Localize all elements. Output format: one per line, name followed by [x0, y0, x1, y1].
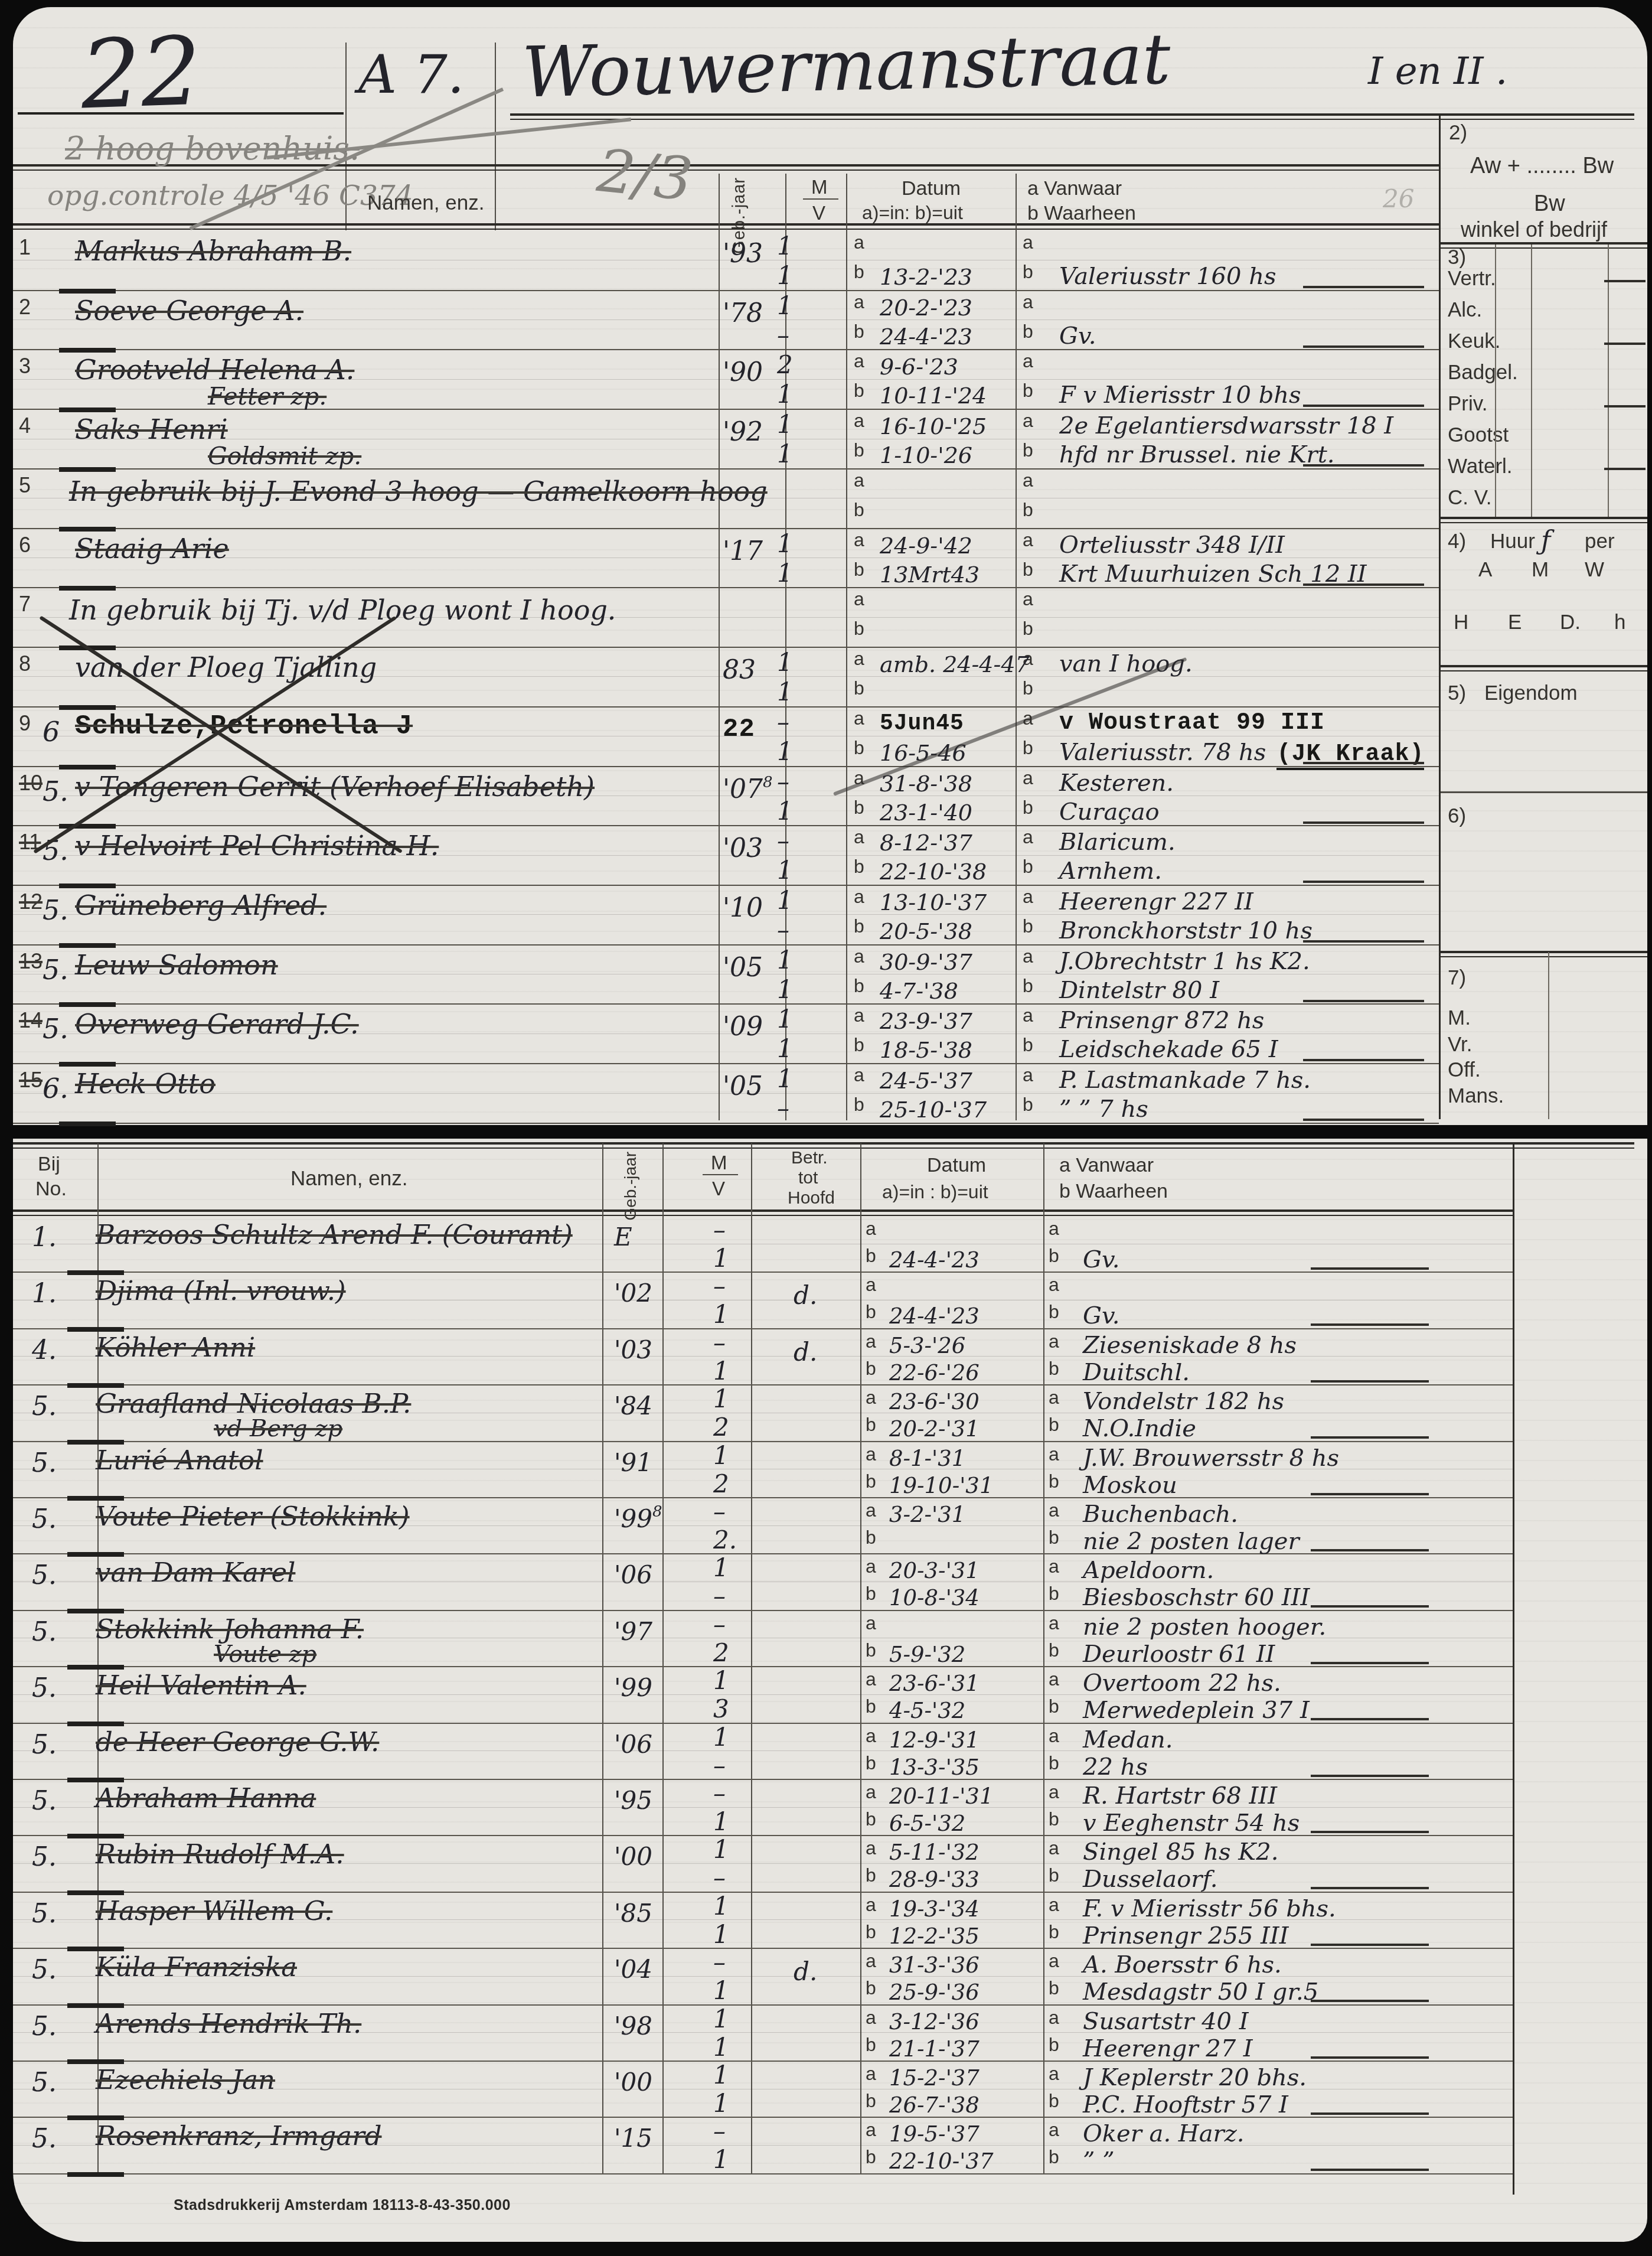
sex-v: 2 — [713, 1413, 729, 1442]
date-in: 5-11-'32 — [889, 1840, 980, 1865]
date-in: 9-6-'23 — [880, 354, 958, 380]
printed-b-datum: b — [854, 618, 864, 640]
printed-b-datum: b — [854, 975, 864, 997]
register-row: 5.ababRubin Rudolf M.A.'001–5-11-'3228-9… — [13, 1835, 1513, 1892]
waarheen: Merwedeplein 37 I — [1083, 1697, 1310, 1724]
birth-year: E — [614, 1222, 632, 1251]
printed-a-datum: a — [866, 1894, 876, 1916]
printed-a-vanwaar: a — [1023, 588, 1033, 610]
b-col-header-namen: Namen, enz. — [290, 1167, 407, 1191]
birth-year: '17 — [723, 536, 763, 566]
sex-m: 1 — [713, 1441, 729, 1470]
mv-divider — [803, 198, 838, 200]
entry-underline-dash — [1303, 881, 1424, 883]
printed-a-datum: a — [854, 529, 864, 551]
sex-m: 1 — [713, 1384, 729, 1413]
birth-year: '98 — [614, 2012, 652, 2040]
sex-v: 1 — [713, 1807, 729, 1836]
register-row: 4.ababKöhler Anni'03–1d.5-3-'2622-6-'26Z… — [13, 1328, 1513, 1385]
row-number: 12 — [19, 889, 43, 914]
b-col-header-vanwaar: a Vanwaar — [1059, 1154, 1154, 1177]
printed-a-datum: a — [866, 2119, 876, 2141]
printed-a-vanwaar: a — [1049, 2119, 1059, 2141]
printed-b-waarheen: b — [1023, 1094, 1033, 1116]
sex-v: – — [777, 915, 789, 944]
sex-m: – — [713, 1779, 726, 1808]
entry-underline-dash — [1311, 2056, 1429, 2059]
register-row: 3ababGrootveld Helena A.Fetter zp.'90219… — [13, 349, 1439, 410]
box3-col-1 — [1495, 244, 1496, 517]
col-header-datum: Datum — [902, 177, 961, 200]
date-in: 8-1-'31 — [889, 1446, 965, 1471]
entry-underline-dash — [1303, 1000, 1424, 1002]
header-rule-2 — [13, 223, 1439, 230]
sex-v: – — [713, 1863, 726, 1892]
box4-M: M — [1532, 558, 1549, 582]
b-col-header-betr1: Betr. — [791, 1148, 828, 1168]
birth-year: '998 — [614, 1504, 662, 1533]
date-out: 4-5-'32 — [889, 1698, 965, 1723]
sex-m: 1 — [777, 410, 793, 439]
box4-number: 4) — [1448, 530, 1466, 553]
row-renumber: 5. — [43, 954, 68, 986]
birth-year: 22 — [723, 715, 755, 744]
waarheen: Biesboschstr 60 III — [1083, 1584, 1310, 1611]
printed-a-vanwaar: a — [1023, 350, 1033, 372]
printed-a-vanwaar: a — [1049, 1274, 1059, 1296]
b-col-header-no: No. — [35, 1178, 67, 1201]
date-in: 23-9-'37 — [880, 1008, 972, 1034]
entry-underline-dash — [1311, 1380, 1429, 1383]
resident-name: Rubin Rudolf M.A. — [96, 1838, 344, 1870]
birth-year: '91 — [614, 1448, 652, 1477]
resident-name: Küla Franziska — [96, 1951, 297, 1983]
sex-m: 1 — [713, 1666, 729, 1695]
date-in: 3-12-'36 — [889, 2009, 980, 2035]
sex-v: 1 — [713, 1920, 729, 1949]
printed-b-waarheen: b — [1023, 797, 1033, 819]
sex-v: 3 — [713, 1694, 729, 1723]
pencil-note-dwelling: 2 hoog bovenhuis. — [65, 130, 360, 167]
header-divider-right — [495, 43, 496, 230]
printed-b-datum: b — [866, 1864, 876, 1886]
row-number: 5 — [19, 473, 31, 498]
register-row: 105.ababv Tongeren Gerrit (Verhoef Elisa… — [13, 766, 1439, 827]
printed-a-datum: a — [866, 2063, 876, 2085]
box4-H: H — [1454, 611, 1468, 634]
date-out: 19-10-'31 — [889, 1473, 993, 1498]
date-out: 25-9-'36 — [889, 1980, 980, 2005]
resident-name: Overweg Gerard J.C. — [75, 1008, 359, 1040]
sex-v: 1 — [777, 380, 793, 409]
box5-number: 5) — [1448, 682, 1466, 705]
printed-a-vanwaar: a — [1049, 1894, 1059, 1916]
bij-no: 4. — [32, 1335, 57, 1365]
printed-a-datum: a — [854, 588, 864, 610]
sex-m: 1 — [777, 648, 793, 677]
resident-name-line2: Fetter zp. — [208, 382, 327, 410]
bij-no: 5. — [32, 1617, 57, 1647]
sex-m: 1 — [777, 529, 793, 558]
birth-year: '09 — [723, 1012, 763, 1042]
register-row: 5.ababvan Dam Karel'061–20-3-'3110-8-'34… — [13, 1553, 1513, 1611]
printed-a-datum: a — [854, 232, 864, 253]
resident-name-line2: vd Berg zp — [214, 1415, 342, 1442]
entry-underline-dash — [1311, 1831, 1429, 1833]
vanwaar: Heerengr 227 II — [1059, 888, 1253, 915]
entry-underline-dash — [1311, 1718, 1429, 1720]
register-row: 5.ababde Heer George G.W.'061–12-9-'3113… — [13, 1723, 1513, 1780]
sex-v: 2. — [713, 1525, 737, 1554]
printed-a-datum: a — [854, 886, 864, 908]
printed-a-vanwaar: a — [1049, 2007, 1059, 2029]
date-in: amb. 24-4-47 — [880, 651, 1030, 677]
sex-v: 1 — [713, 1357, 729, 1385]
date-in: 8-12-'37 — [880, 830, 972, 856]
row-number: 10 — [19, 771, 43, 796]
resident-name: Heil Valentin A. — [96, 1670, 306, 1701]
bij-no: 1. — [32, 1222, 57, 1253]
resident-name: Leuw Salomon — [75, 949, 278, 981]
unit-code: A 7. — [358, 44, 464, 106]
date-in: 13-10-'37 — [880, 889, 987, 915]
sex-v: 1 — [713, 1244, 729, 1273]
waarheen: P.C. Hooftstr 57 I — [1083, 2091, 1288, 2118]
date-out: 10-8-'34 — [889, 1585, 980, 1611]
box4-D: D. — [1560, 611, 1581, 634]
vanwaar: Overtoom 22 hs. — [1083, 1670, 1281, 1697]
printed-b-datum: b — [866, 1301, 876, 1323]
box3-col-2 — [1531, 244, 1532, 517]
printed-b-datum: b — [854, 797, 864, 819]
printed-b-datum: b — [854, 677, 864, 699]
vanwaar: Apeldoorn. — [1083, 1557, 1214, 1584]
sex-m: – — [713, 2117, 726, 2146]
date-out: 20-2-'31 — [889, 1416, 980, 1442]
entry-underline-dash — [1303, 821, 1424, 824]
printed-b-waarheen: b — [1049, 1471, 1059, 1492]
waarheen: Arnhem. — [1059, 858, 1162, 885]
row-number: 14 — [19, 1008, 43, 1033]
sex-m: 1 — [713, 1723, 729, 1752]
col-header-waarheen: b Waarheen — [1027, 202, 1136, 225]
date-in: 24-9-'42 — [880, 533, 972, 559]
date-in: 20-11-'31 — [889, 1784, 993, 1809]
sex-v: – — [713, 1582, 726, 1611]
birth-year: '06 — [614, 1730, 652, 1759]
box2-number: 2) — [1449, 121, 1467, 145]
sex-m: 1 — [777, 886, 793, 915]
birth-year: '15 — [614, 2124, 652, 2153]
printed-a-datum: a — [866, 1612, 876, 1634]
register-row: 1ababMarkus Abraham B.'931113-2-'23Valer… — [13, 230, 1439, 291]
register-row: 5.ababHeil Valentin A.'991323-6-'314-5-'… — [13, 1666, 1513, 1723]
sex-v: 1 — [777, 261, 793, 290]
pencil-note-controle: opg.controle 4/5 '46 C374 — [47, 180, 413, 212]
date-in: 12-9-'31 — [889, 1727, 980, 1753]
printed-a-datum: a — [866, 1218, 876, 1240]
street-name: Wouwermanstraat — [521, 18, 1171, 113]
printed-a-vanwaar: a — [1023, 410, 1033, 432]
printed-b-waarheen: b — [1049, 1977, 1059, 1999]
printed-a-vanwaar: a — [1049, 1556, 1059, 1577]
printed-a-vanwaar: a — [1049, 2063, 1059, 2085]
printed-a-datum: a — [854, 1005, 864, 1026]
date-out: 18-5-'38 — [880, 1037, 972, 1063]
entry-underline-dash — [1311, 1436, 1429, 1439]
date-in: 15-2-'37 — [889, 2065, 980, 2091]
date-in: 31-3-'36 — [889, 1952, 980, 1978]
printed-b-datum: b — [866, 1977, 876, 1999]
sex-v: 1 — [777, 677, 793, 706]
entry-underline-dash — [1303, 1119, 1424, 1121]
resident-name: Voute Pieter (Stokkink) — [96, 1501, 410, 1532]
printed-b-waarheen: b — [1049, 1527, 1059, 1548]
date-in: 20-3-'31 — [889, 1558, 980, 1583]
waarheen: Duitschl. — [1083, 1359, 1190, 1386]
sex-v: 1 — [777, 737, 793, 766]
sex-v: 2 — [713, 1469, 729, 1498]
resident-name-line2: Goldsmit zp. — [208, 442, 361, 470]
date-in: 16-10-'25 — [880, 413, 987, 439]
box3-item: Badgel. — [1448, 361, 1518, 384]
printed-a-datum: a — [866, 1950, 876, 1972]
entry-underline-dash — [1311, 1887, 1429, 1889]
birth-year: '84 — [614, 1391, 652, 1420]
sex-v: 1 — [713, 1976, 729, 2005]
birth-year: '97 — [614, 1617, 652, 1646]
printed-a-vanwaar: a — [1049, 1950, 1059, 1972]
printed-b-waarheen: b — [1049, 2146, 1059, 2168]
register-row: 4ababSaks HenriGoldsmit zp.'921116-10-'2… — [13, 409, 1439, 470]
box7-number: 7) — [1448, 966, 1466, 990]
date-out: 24-4-'23 — [889, 1247, 980, 1273]
register-row: 6ababStaaig Arie'171124-9-'4213Mrt43Orte… — [13, 528, 1439, 589]
box3-item: C. V. — [1448, 486, 1492, 510]
birth-year: 83 — [723, 655, 756, 685]
printed-b-datum: b — [866, 1639, 876, 1661]
printed-b-datum: b — [854, 1094, 864, 1116]
printed-a-vanwaar: a — [1049, 1387, 1059, 1409]
printed-a-vanwaar: a — [1023, 946, 1033, 967]
col-header-m: M — [811, 176, 828, 198]
printed-a-vanwaar: a — [1049, 1218, 1059, 1240]
note-row: 7ababIn gebruik bij Tj. v/d Ploeg wont I… — [13, 587, 1439, 648]
printed-a-datum: a — [866, 1781, 876, 1803]
sex-m: 1 — [713, 1835, 729, 1864]
resident-name: Rosenkranz, Irmgard — [96, 2120, 382, 2151]
printed-b-datum: b — [854, 261, 864, 283]
resident-name: Heck Otto — [75, 1068, 216, 1100]
printed-b-waarheen: b — [1049, 1921, 1059, 1943]
entry-underline-dash — [1303, 405, 1424, 407]
vanwaar: J.W. Brouwersstr 8 hs — [1083, 1445, 1339, 1472]
printed-b-waarheen: b — [1023, 1034, 1033, 1056]
birth-year: '05 — [723, 953, 763, 983]
vanwaar: F. v Mierisstr 56 bhs. — [1083, 1895, 1336, 1922]
date-in: 19-3-'34 — [889, 1896, 980, 1922]
printed-b-waarheen: b — [1049, 1752, 1059, 1774]
date-in: 5-3-'26 — [889, 1333, 965, 1358]
vanwaar: Orteliusstr 348 I/II — [1059, 532, 1285, 559]
printed-a-vanwaar: a — [1049, 1837, 1059, 1859]
b-line-right — [1513, 1143, 1514, 2195]
birth-year: '05 — [723, 1071, 763, 1101]
date-out: 24-4-'23 — [889, 1303, 980, 1329]
printed-b-waarheen: b — [1023, 261, 1033, 283]
entry-underline-dash — [1303, 583, 1424, 586]
vanwaar: nie 2 posten hooger. — [1083, 1613, 1326, 1641]
entry-underline-dash — [1311, 1323, 1429, 1326]
printed-b-datum: b — [866, 2034, 876, 2056]
date-in: 3-2-'31 — [889, 1502, 965, 1527]
vanwaar: v Woustraat 99 III — [1059, 710, 1325, 736]
birth-year: '92 — [723, 417, 763, 447]
printed-b-waarheen: b — [1049, 2090, 1059, 2112]
betr-tot-hoofd: d. — [794, 1957, 817, 1986]
printed-b-datum: b — [866, 1527, 876, 1548]
card-top: 22 A 7. Wouwermanstraat I en II . 2 hoog… — [13, 7, 1647, 1125]
sex-v: 1 — [713, 1300, 729, 1329]
printed-a-datum: a — [854, 1064, 864, 1086]
waarheen: Mesdagstr 50 I gr.5 — [1083, 1978, 1318, 2006]
printed-b-waarheen: b — [1023, 915, 1033, 937]
printed-b-waarheen: b — [1049, 2034, 1059, 2056]
b-col-header-datum: Datum — [927, 1154, 986, 1177]
birth-year: '95 — [614, 1786, 652, 1815]
printed-a-vanwaar: a — [1023, 232, 1033, 253]
entry-underline-dash — [1311, 1549, 1429, 1551]
date-out: 26-7-'38 — [889, 2092, 980, 2118]
birth-year: '10 — [723, 893, 763, 923]
resident-name: Barzoos Schultz Arend F. (Courant) — [96, 1219, 573, 1250]
printed-a-vanwaar: a — [1049, 1612, 1059, 1634]
printed-b-datum: b — [854, 321, 864, 343]
birth-year-superscript: 8 — [652, 1503, 662, 1521]
printed-b-waarheen: b — [1023, 499, 1033, 521]
box4-W: W — [1585, 558, 1604, 582]
box3-dash-2 — [1604, 343, 1646, 345]
row-number: 7 — [19, 592, 31, 617]
birth-year: '06 — [614, 1560, 652, 1589]
date-out: 28-9-'33 — [889, 1867, 980, 1892]
box4-A: A — [1478, 558, 1492, 582]
register-row: 125.ababGrüneberg Alfred.'101–13-10-'372… — [13, 885, 1439, 946]
bij-no: 5. — [32, 1955, 57, 1985]
b-col-header-waarheen: b Waarheen — [1059, 1180, 1168, 1203]
box3-dash-3 — [1604, 405, 1646, 407]
row-number: 6 — [19, 533, 31, 558]
register-row: 5.ababGraafland Nicolaas B.P.vd Berg zp'… — [13, 1384, 1513, 1442]
printed-b-waarheen: b — [1049, 1864, 1059, 1886]
sex-m: – — [713, 1610, 726, 1639]
bij-no: 5. — [32, 1391, 57, 1422]
entry-underline-dash — [1311, 1775, 1429, 1777]
row-number: 15 — [19, 1068, 43, 1093]
birth-year: '078 — [723, 774, 773, 804]
date-in: 23-6-'31 — [889, 1671, 980, 1696]
sex-m: 1 — [777, 291, 793, 320]
resident-name: Grootveld Helena A. — [75, 354, 354, 386]
printed-a-vanwaar: a — [1049, 1331, 1059, 1352]
bij-no: 5. — [32, 1560, 57, 1590]
date-out: 20-5-'38 — [880, 918, 972, 944]
note-text: In gebruik bij J. Evond 3 hoog — Gamelko… — [69, 475, 768, 507]
date-in: 31-8-'38 — [880, 771, 972, 797]
printed-a-vanwaar: a — [1023, 886, 1033, 908]
printed-a-datum: a — [854, 826, 864, 848]
b-col-header-v: V — [712, 1178, 725, 1200]
date-in: 24-5-'37 — [880, 1068, 972, 1094]
box3-item: Waterl. — [1448, 455, 1513, 478]
box3-item: Alc. — [1448, 298, 1482, 322]
vanwaar: P. Lastmankade 7 hs. — [1059, 1067, 1311, 1094]
b-col-header-betr2: tot — [798, 1168, 818, 1188]
entry-underline-dash — [1303, 940, 1424, 943]
box3-number: 3) — [1448, 246, 1466, 269]
betr-tot-hoofd: d. — [794, 1281, 817, 1310]
vanwaar: Oker a. Harz. — [1083, 2120, 1244, 2147]
date-out: 13-3-'35 — [889, 1755, 980, 1780]
register-row: 5.ababVoute Pieter (Stokkink)'998–2.3-2-… — [13, 1497, 1513, 1554]
entry-underline-dash — [1311, 2000, 1429, 2002]
row-renumber: 5. — [43, 894, 68, 926]
box7-m: M. — [1448, 1006, 1471, 1030]
date-in: 20-2-'23 — [880, 295, 972, 321]
printed-b-datum: b — [854, 380, 864, 402]
printed-b-waarheen: b — [1023, 737, 1033, 759]
printed-a-vanwaar: a — [1023, 826, 1033, 848]
col-header-vanwaar: a Vanwaar — [1027, 177, 1122, 200]
printed-b-waarheen: b — [1049, 1414, 1059, 1436]
printed-a-datum: a — [866, 1837, 876, 1859]
entry-underline-dash — [1311, 1493, 1429, 1495]
sex-v: 2 — [713, 1638, 729, 1667]
printed-b-waarheen: b — [1023, 380, 1033, 402]
vanwaar: Buchenbach. — [1083, 1501, 1238, 1528]
printed-b-datum: b — [866, 1752, 876, 1774]
entry-underline-dash — [1303, 1059, 1424, 1061]
entry-underline-dash — [1303, 464, 1424, 467]
waarheen: Heerengr 27 I — [1083, 2035, 1253, 2062]
top-table-rows: 1ababMarkus Abraham B.'931113-2-'23Valer… — [13, 230, 1439, 1123]
sex-v: – — [713, 1751, 726, 1780]
date-out: 12-2-'35 — [889, 1924, 980, 1949]
waarheen: Gv. — [1059, 322, 1096, 350]
waarheen: nie 2 posten lager — [1083, 1528, 1300, 1555]
row-number: 3 — [19, 354, 31, 379]
entry-underline-dash — [1311, 1662, 1429, 1664]
entry-underline-dash — [1303, 345, 1424, 348]
printed-a-vanwaar: a — [1049, 1668, 1059, 1690]
bij-no: 5. — [32, 1786, 57, 1816]
register-row: 115.ababv Helvoirt Pel Christina H.'03–1… — [13, 825, 1439, 886]
printed-a-datum: a — [866, 1331, 876, 1352]
register-row: 2ababSoeve George A.'781–20-2-'2324-4-'2… — [13, 290, 1439, 351]
box4-per: per — [1585, 530, 1615, 553]
printed-b-waarheen: b — [1023, 559, 1033, 581]
sidebar-rule-b4 — [1441, 665, 1647, 671]
waarheen: Dintelstr 80 I — [1059, 977, 1219, 1004]
resident-name: Köhler Anni — [96, 1332, 255, 1363]
date-out: 13-2-'23 — [880, 264, 972, 290]
printed-b-waarheen: b — [1023, 618, 1033, 640]
waarheen: Bronckhorststr 10 hs — [1059, 917, 1313, 944]
col-header-v: V — [812, 202, 825, 224]
printed-a-datum: a — [854, 350, 864, 372]
vanwaar: Blaricum. — [1059, 829, 1176, 856]
bij-no: 5. — [32, 1842, 57, 1872]
